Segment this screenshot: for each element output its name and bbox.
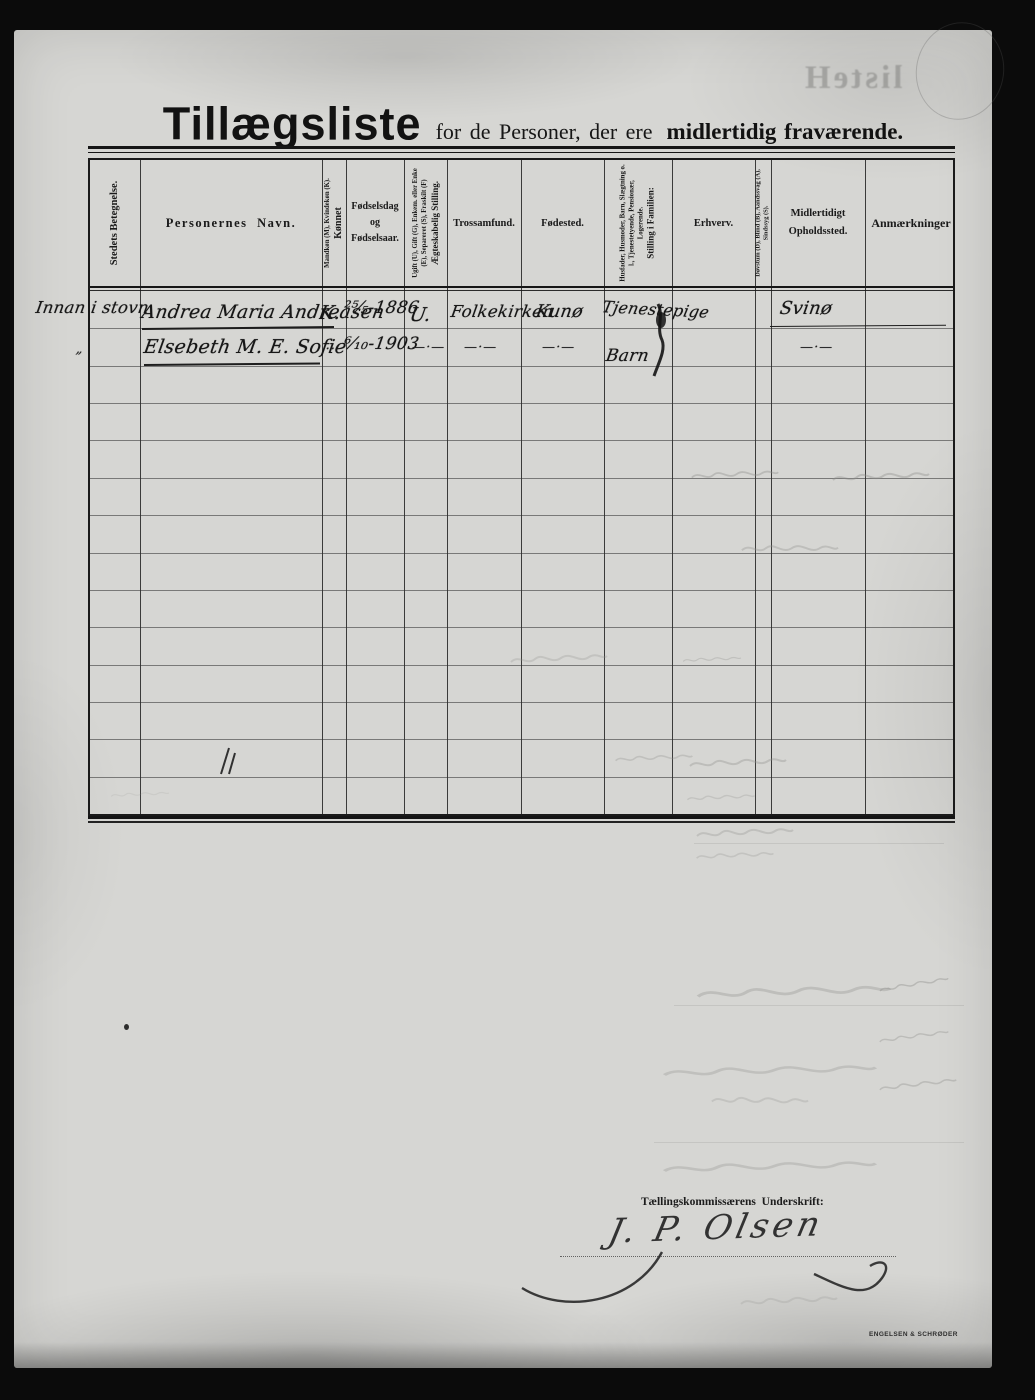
- census-table: Stedets Betegnelse. Personernes Navn. Ma…: [88, 158, 955, 816]
- col-header-name-label: Personernes Navn.: [166, 216, 297, 231]
- title-emphasis: midlertidig fraværende.: [667, 119, 904, 145]
- col-header-place: Stedets Betegnelse.: [90, 160, 140, 286]
- col-header-birthplace-label: Fødested.: [541, 218, 584, 229]
- entry-place: Innan i stovn: [34, 298, 150, 317]
- col-header-disability: Døvstum (D), Blind (B), Aands­svag (A), …: [755, 160, 771, 286]
- ink-dot: [124, 1024, 129, 1030]
- col-header-family-label: Stilling i Familien:: [646, 164, 656, 282]
- col-header-sex-label: Kønnet: [333, 164, 345, 282]
- entry-location: Svinø: [778, 298, 834, 319]
- entry-birthplace: Kunø: [534, 302, 584, 322]
- col-header-marital-sub: Ugift (U), Gift (G), Enkem. eller Enke (…: [412, 164, 430, 282]
- grid-row-line: [90, 366, 953, 367]
- bleed-through-mark: [678, 754, 798, 770]
- table-bottom-rule-thick: [88, 816, 955, 819]
- bleed-through-line: [694, 843, 944, 844]
- document-title: Tillægsliste for de Personer, der ere mi…: [118, 98, 948, 150]
- grid-column-line: [322, 160, 323, 814]
- bleed-through-line: [674, 1005, 964, 1006]
- grid-row-line: [90, 478, 953, 479]
- bleed-through-mark: [694, 980, 894, 1002]
- bleed-through-mark: [110, 788, 170, 800]
- bleed-through-mark: [695, 848, 775, 862]
- col-header-faith-label: Trossamfund.: [453, 218, 515, 229]
- entry-marital: U.: [408, 304, 432, 326]
- col-header-birthdate: Fødselsdag og Fødselsaar.: [346, 160, 404, 286]
- grid-row-line: [90, 777, 953, 778]
- grid-row-line: [90, 627, 953, 628]
- scanned-document-page: listeH Tillægsliste for de Personer, der…: [14, 30, 992, 1368]
- grid-column-line: [404, 160, 405, 814]
- grid-column-line: [346, 160, 347, 814]
- printer-mark: ENGELSEN & SCHRØDER: [869, 1331, 958, 1338]
- entry-faith-ditto: —·—: [463, 340, 499, 355]
- grid-row-line: [90, 739, 953, 740]
- bleed-through-line: [654, 1142, 964, 1143]
- grid-column-line: [755, 160, 756, 814]
- col-header-sex-sub: Mandkøn (M), Kvindekøn (K).: [324, 164, 333, 282]
- ink-flourish: [648, 302, 674, 380]
- title-mid: for de Personer, der ere: [436, 119, 653, 145]
- entry-marital-ditto: —·—: [411, 340, 447, 355]
- entry-sex: K.: [318, 302, 342, 324]
- entry-birth: ⁶⁄₁₀-1903: [342, 334, 420, 354]
- bleed-through-mark: [682, 652, 742, 666]
- grid-row-line: [90, 403, 953, 404]
- col-header-location-label: Midlertidigt Opholdssted.: [774, 205, 862, 241]
- title-rule-thin: [88, 152, 955, 153]
- grid-row-line: [90, 440, 953, 441]
- col-header-family-sub: Husfader, Husmoder, Barn, Slægtning o. l…: [620, 164, 646, 282]
- bleed-through-mark: [690, 824, 800, 840]
- grid-row-line: [90, 590, 953, 591]
- title-main: Tillægsliste: [163, 97, 422, 151]
- grid-column-line: [672, 160, 673, 814]
- entry-birthplace-ditto: —·—: [541, 340, 577, 355]
- grid-column-line: [447, 160, 448, 814]
- col-header-place-label: Stedets Betegnelse.: [109, 164, 121, 282]
- col-header-occupation-label: Erhverv.: [694, 218, 733, 229]
- col-header-remarks-label: Anmærkninger: [871, 216, 950, 231]
- scanned-census-page-background: { "document": { "title_main": "Tillægsli…: [0, 0, 1035, 1400]
- col-header-birthplace: Fødested.: [521, 160, 604, 286]
- bleed-through-mark: [878, 1073, 959, 1095]
- col-header-faith: Trossamfund.: [447, 160, 521, 286]
- bleed-through-mark: [660, 1060, 880, 1080]
- col-header-remarks: Anmærkninger: [865, 160, 957, 286]
- bleed-through-mark: [690, 466, 780, 482]
- col-header-birthdate-label: Fødselsdag og Fødselsaar.: [349, 199, 401, 247]
- entry-location-ditto: —·—: [799, 340, 835, 355]
- bleed-through-mark: [660, 1156, 880, 1176]
- stray-pen-mark: [218, 746, 238, 776]
- bleed-through-mark: [700, 1089, 821, 1111]
- grid-column-line: [865, 160, 866, 814]
- grid-column-line: [521, 160, 522, 814]
- table-bottom-rule-thin: [88, 821, 955, 823]
- bleed-through-mark: [484, 650, 634, 666]
- signature-flourish: [514, 1218, 904, 1318]
- grid-column-line: [140, 160, 141, 814]
- title-rule-thick: [88, 146, 955, 149]
- entry-place-ditto: „: [75, 342, 85, 357]
- entry-name: Elsebeth M. E. Sofie: [142, 336, 348, 358]
- col-header-sex: Mandkøn (M), Kvindekøn (K). Kønnet: [322, 160, 346, 286]
- col-header-marital-label: Ægteskabelig Stilling.: [429, 164, 439, 282]
- col-header-location: Midlertidigt Opholdssted.: [771, 160, 865, 286]
- bleed-through-mark: [826, 468, 936, 484]
- col-header-marital: Ugift (U), Gift (G), Enkem. eller Enke (…: [404, 160, 447, 286]
- bleed-through-mark: [877, 1025, 950, 1047]
- bleed-through-mark: [686, 790, 756, 804]
- page-edge-shadow: [14, 1342, 992, 1368]
- entry-family-position: Barn: [604, 346, 650, 366]
- col-header-family-position: Husfader, Husmoder, Barn, Slægtning o. l…: [604, 160, 672, 286]
- grid-column-line: [771, 160, 772, 814]
- grid-row-line: [90, 702, 953, 703]
- grid-row-line: [90, 515, 953, 516]
- bleed-through-title: listeH: [802, 60, 902, 97]
- grid-column-line: [604, 160, 605, 814]
- col-header-occupation: Erhverv.: [672, 160, 755, 286]
- col-header-name: Personernes Navn.: [140, 160, 322, 286]
- col-header-disability-label: Døvstum (D), Blind (B), Aands­svag (A), …: [755, 164, 772, 282]
